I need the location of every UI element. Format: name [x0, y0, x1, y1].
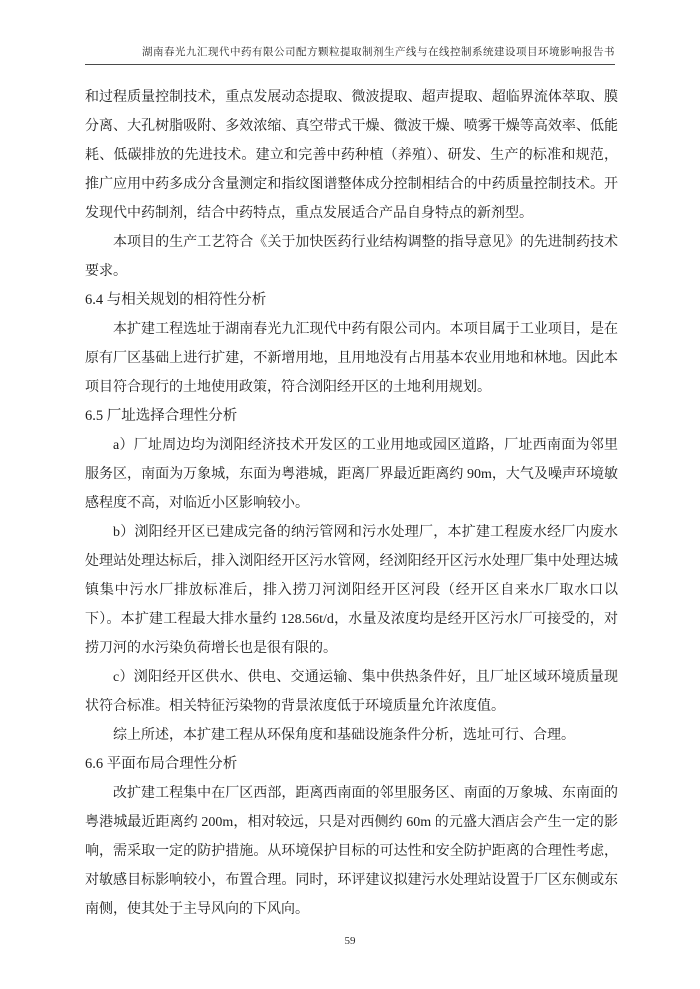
report-page: 湖南春光九汇现代中药有限公司配方颗粒提取制剂生产线与在线控制系统建设项目环境影响… [0, 0, 700, 989]
section-heading-6-5: 6.5 厂址选择合理性分析 [85, 402, 618, 431]
body-paragraph-conclusion: 综上所述，本扩建工程从环保角度和基础设施条件分析，选址可行、合理。 [85, 721, 618, 750]
body-paragraph: 本扩建工程选址于湖南春光九汇现代中药有限公司内。本项目属于工业项目，是在原有厂区… [85, 315, 618, 402]
body-paragraph: 本项目的生产工艺符合《关于加快医药行业结构调整的指导意见》的先进制药技术要求。 [85, 228, 618, 286]
section-heading-6-4: 6.4 与相关规划的相符性分析 [85, 286, 618, 315]
body-paragraph-item-b: b）浏阳经开区已建成完备的纳污管网和污水处理厂，本扩建工程废水经厂内废水处理站处… [85, 518, 618, 663]
body-paragraph-item-a: a）厂址周边均为浏阳经济技术开发区的工业用地或园区道路，厂址西南面为邻里服务区，… [85, 431, 618, 518]
section-heading-6-6: 6.6 平面布局合理性分析 [85, 750, 618, 779]
body-paragraph: 改扩建工程集中在厂区西部，距离西南面的邻里服务区、南面的万象城、东南面的粤港城最… [85, 779, 618, 924]
page-header-title: 湖南春光九汇现代中药有限公司配方颗粒提取制剂生产线与在线控制系统建设项目环境影响… [85, 44, 615, 65]
page-number: 59 [0, 935, 700, 947]
page-body: 和过程质量控制技术，重点发展动态提取、微波提取、超声提取、超临界流体萃取、膜分离… [85, 83, 618, 924]
body-paragraph-item-c: c）浏阳经开区供水、供电、交通运输、集中供热条件好，且厂址区域环境质量现状符合标… [85, 663, 618, 721]
body-paragraph-continuation: 和过程质量控制技术，重点发展动态提取、微波提取、超声提取、超临界流体萃取、膜分离… [85, 83, 618, 228]
